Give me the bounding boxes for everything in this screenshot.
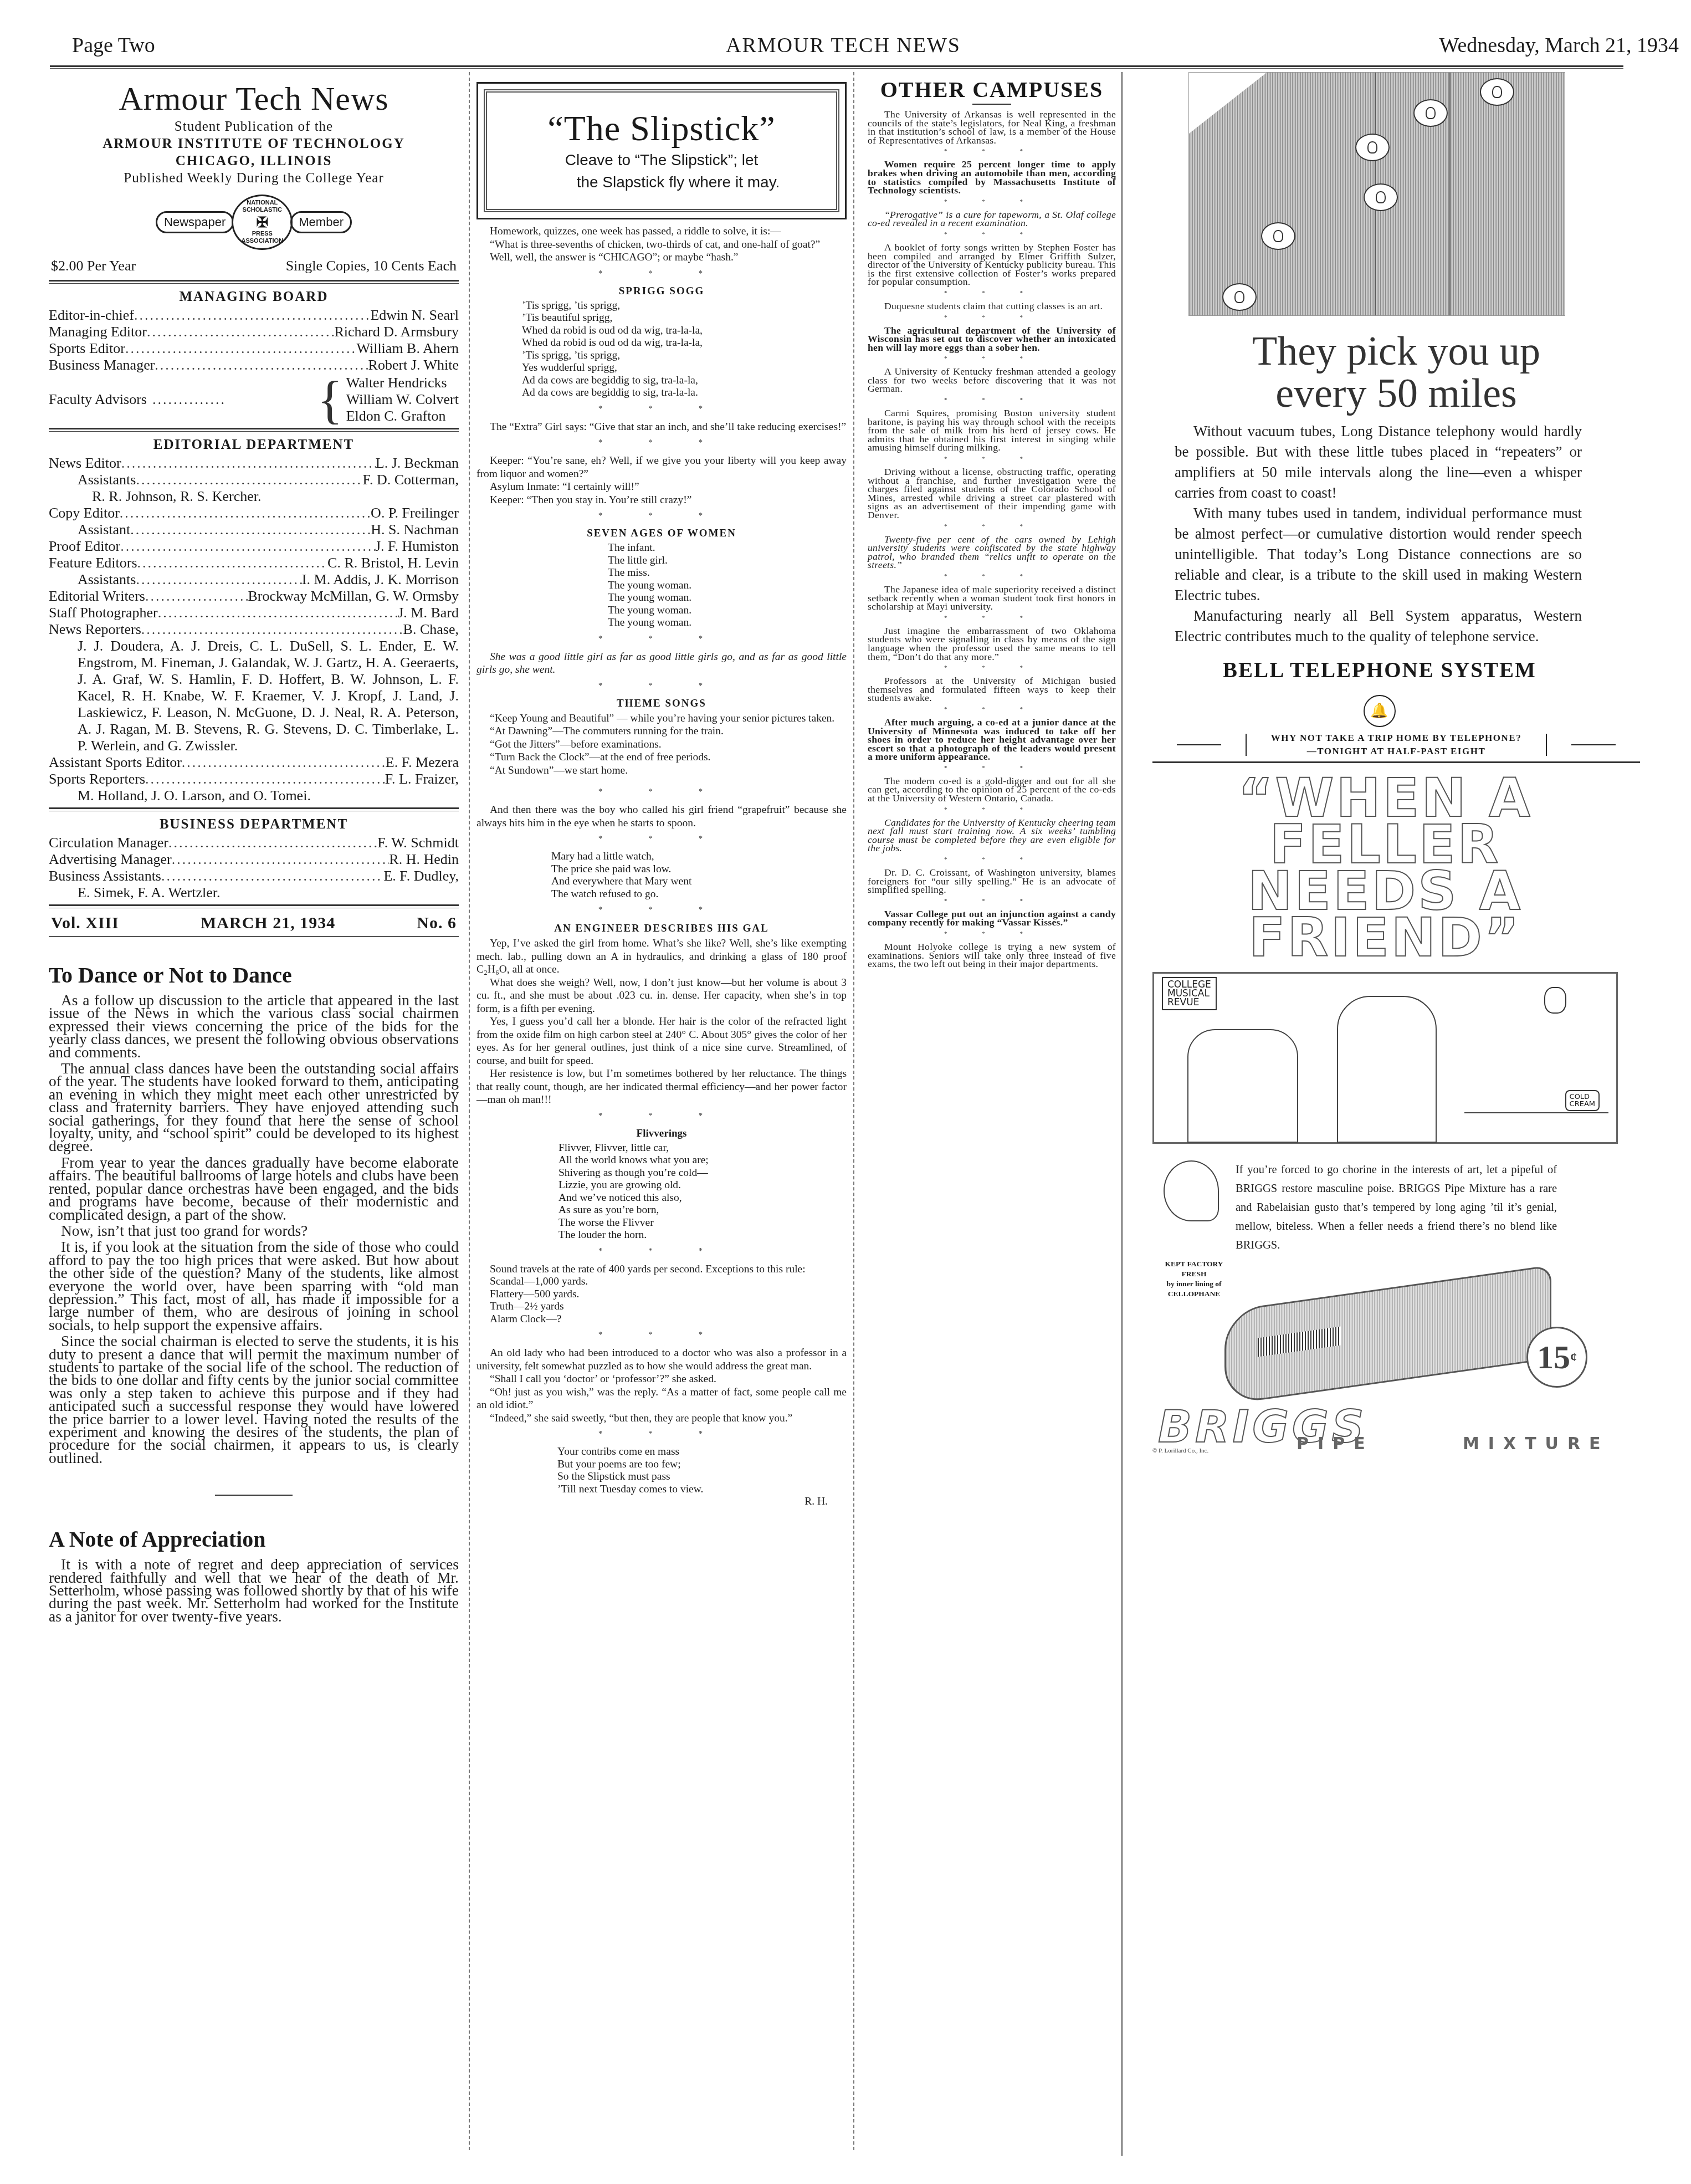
header-rule [50,65,1623,69]
bell-logo-icon: 🔔 [1364,695,1396,727]
slipstick-banner-inner: “The Slipstick” Cleave to “The Slipstick… [484,89,839,212]
slipstick-text: “Got the Jitters”—before examinations. [476,738,847,751]
verse-line: Mary had a little watch, [476,851,847,863]
separator-stars: * * * [868,573,1116,580]
name: O. P. Freilinger [371,505,459,521]
name: H. S. Nachman [371,521,459,538]
footer-bar [1246,734,1247,756]
cartoon-sign: COLLEGE MUSICAL REVUE [1162,977,1217,1010]
faculty-name: Walter Hendricks [346,375,459,391]
slipstick-text: Yes, I guess you’d call her a blonde. He… [476,1015,847,1067]
rule [49,807,459,811]
badge-right: Member [290,211,352,233]
briggs-ad-body: If you’re forced to go chorine in the in… [1236,1160,1557,1255]
separator-stars: * * * [476,906,847,915]
verse-line: Lizzie, you are growing old. [476,1179,847,1192]
verse-line: Whed da robid is oud od da wig, tra-la-l… [476,325,847,337]
masthead-line: Published Weekly During the College Year [49,170,459,187]
tin-body [1224,1265,1551,1405]
role: Assistants [78,472,136,488]
separator-stars: * * * [868,314,1116,321]
chorine-figure [1337,996,1437,1143]
verse-line: Alarm Clock—? [476,1313,847,1326]
issue-date: Wednesday, March 21, 1934 [1439,33,1679,58]
name: F. L. Fraizer, [385,771,459,787]
verse-line: The young woman. [476,617,847,630]
verse-line: The little girl. [476,555,847,567]
campus-item: “Prerogative” is a cure for tapeworm, a … [868,211,1116,228]
separator-stars: * * * [868,706,1116,713]
volume: Vol. XIII [51,914,119,933]
slipstick-motto: the Slapstick fly where it may. [544,171,780,193]
separator-stars: * * * [476,270,847,279]
slipstick-text: An old lady who had been introduced to a… [476,1347,847,1373]
staff-row: Editor-in-chiefEdwin N. Searl [49,307,459,324]
slipstick-text: Keeper: “You’re sane, eh? Well, if we gi… [476,454,847,480]
headline-line: every 50 miles [1152,372,1640,415]
separator-stars: * * * [868,765,1116,771]
verse-line: Yes wudderful sprigg, [476,362,847,375]
separator-stars: * * * [868,523,1116,530]
faculty-advisors: Faculty Advisors .............. { Walter… [49,375,459,424]
role: Proof Editor [49,538,120,555]
briggs-brand-logo: BRIGGS PIPE MIXTURE © P. Lorillard Co., … [1152,1401,1640,1462]
price-value: 15 [1537,1338,1570,1377]
telephone-caller-icon [1413,99,1448,127]
campus-item: Professors at the University of Michigan… [868,677,1116,703]
separator-stars: * * * [868,898,1116,904]
campus-item: A booklet of forty songs written by Step… [868,243,1116,287]
telephone-caller-icon [1355,134,1390,161]
poem-title: SPRIGG SOGG [476,285,847,298]
name: J. M. Bard [398,605,459,621]
role: Assistant Sports Editor [49,754,182,771]
verse-line: The young woman. [476,605,847,617]
issue-number: No. 6 [417,914,457,933]
editorial-paragraph: Since the social chairman is elected to … [49,1334,459,1464]
slipstick-text: “Indeed,” she said sweetly, “but then, t… [476,1412,847,1425]
verse-line: As sure as you’re born, [476,1204,847,1217]
staff-row: Editorial WritersBrockway McMillan, G. W… [49,588,459,605]
campus-item: A University of Kentucky freshman attend… [868,367,1116,393]
other-campuses-column: OTHER CAMPUSES The University of Arkansa… [862,72,1123,2156]
separator-stars: * * * [476,1112,847,1121]
slipstick-text: The “Extra” Girl says: “Give that star a… [476,421,847,434]
role: Sports Reporters [49,771,145,787]
staff-row: Advertising ManagerR. H. Hedin [49,851,459,868]
staff-row: Sports EditorWilliam B. Ahern [49,340,459,357]
poem-title: THEME SONGS [476,698,847,710]
campus-item: Driving without a license, obstructing t… [868,468,1116,520]
volume-line: Vol. XIII MARCH 21, 1934 No. 6 [49,914,459,933]
slipstick-text: What does she weigh? Well, now, I don’t … [476,976,847,1016]
seal-bottom-text: PRESS ASSOCIATION [233,231,291,245]
campus-item: Duquesne students claim that cutting cla… [868,302,1116,311]
campus-item: Mount Holyoke college is trying a new sy… [868,943,1116,969]
dressing-table [1464,1112,1608,1143]
rule [49,904,459,908]
telephone-caller-icon [1261,222,1295,250]
staff-row: Staff PhotographerJ. M. Bard [49,605,459,621]
seal-emblem-icon: ✠ [256,214,268,231]
name: F. W. Schmidt [377,835,459,851]
masthead-line: CHICAGO, ILLINOIS [49,152,459,170]
page-header: Page Two ARMOUR TECH NEWS Wednesday, Mar… [72,33,1679,61]
verse-line: The watch refused to go. [476,888,847,901]
verse-line: Scandal—1,000 yards. [476,1276,847,1288]
name: E. F. Mezera [386,754,459,771]
name: Richard D. Armsbury [334,324,459,340]
separator-stars: * * * [476,788,847,797]
slipstick-text: “What is three-sevenths of chicken, two-… [476,238,847,252]
other-campuses-title: OTHER CAMPUSES [868,76,1116,103]
bell-ad-footer: WHY NOT TAKE A TRIP HOME BY TELEPHONE? —… [1152,732,1640,758]
name: Brockway McMillan, G. W. Ormsby [248,588,459,605]
separator-stars: * * * [476,512,847,521]
nspa-badge: Newspaper NATIONAL SCHOLASTIC ✠ PRESS AS… [49,195,459,250]
verse-line: But your poems are too few; [476,1459,847,1471]
managing-board-heading: MANAGING BOARD [49,289,459,305]
name: I. M. Addis, J. K. Morrison [302,571,459,588]
bell-ad-body: Without vacuum tubes, Long Distance tele… [1152,421,1640,503]
brand-pipe: PIPE [1297,1434,1374,1454]
staff-continuation: M. Holland, J. O. Larson, and O. Tomei. [49,787,459,804]
footer-rule [1571,744,1616,745]
page-label: Page Two [72,33,155,58]
verse-line: And everywhere that Mary went [476,876,847,888]
bell-ad-illustration [1188,72,1565,316]
title-rule [972,104,1011,105]
staff-row: Managing EditorRichard D. Armsbury [49,324,459,340]
separator-stars: * * * [868,856,1116,863]
campus-item: The agricultural department of the Unive… [868,326,1116,352]
staff-row: Sports ReportersF. L. Fraizer, [49,771,459,787]
role: News Reporters [49,621,141,638]
separator-stars: * * * [476,1247,847,1256]
single-copy-price: Single Copies, 10 Cents Each [286,258,457,274]
verse-line: Truth—2½ yards [476,1301,847,1313]
price-row: $2.00 Per Year Single Copies, 10 Cents E… [49,255,459,277]
slipstick-text: Asylum Inmate: “I certainly will!” [476,480,847,494]
staff-continuation: E. Simek, F. A. Wertzler. [49,884,459,901]
role: Assistants [78,571,136,588]
campus-item: After much arguing, a co-ed at a junior … [868,718,1116,761]
editorial-paragraph: It is, if you look at the situation from… [49,1240,459,1331]
role: Sports Editor [49,340,125,357]
slipstick-text: Her resistence is low, but I’m sometimes… [476,1067,847,1107]
campus-item: Twenty-five per cent of the cars owned b… [868,535,1116,570]
seal-top-text: NATIONAL SCHOLASTIC [233,200,291,214]
name: C. R. Bristol, H. Levin [327,555,459,571]
footer-line: WHY NOT TAKE A TRIP HOME BY TELEPHONE? [1271,732,1521,745]
business-dept-heading: BUSINESS DEPARTMENT [49,817,459,832]
editorial-paragraph: As a follow up discussion to the article… [49,994,459,1058]
slipstick-text: Well, well, the answer is “CHICAGO”; or … [476,251,847,264]
masthead-line: ARMOUR INSTITUTE OF TECHNOLOGY [49,135,459,152]
campus-item: Carmi Squires, promising Boston universi… [868,409,1116,452]
masthead-line: Student Publication of the [49,118,459,135]
brace-icon: { [317,375,343,424]
name: Edwin N. Searl [370,307,459,324]
brand-mixture: MIXTURE [1463,1434,1610,1454]
verse-line: Ad da cows are begiddig to sig, tra-la-l… [476,387,847,400]
campus-item: Dr. D. C. Croissant, of Washington unive… [868,868,1116,894]
lamp-icon [1544,987,1566,1014]
separator-stars: * * * [476,439,847,448]
separator-stars: * * * [476,635,847,644]
briggs-copy-row: If you’re forced to go chorine in the in… [1152,1160,1640,1255]
editorial-column: Armour Tech News Student Publication of … [49,72,459,1626]
bell-ad-body: Manufacturing nearly all Bell System app… [1152,606,1640,647]
sign-line: REVUE [1167,998,1211,1007]
tobacco-tin-illustration: 15¢ [1152,1282,1640,1399]
telephone-caller-icon [1222,283,1257,311]
separator-stars: * * * [868,397,1116,403]
verse-line: Flattery—500 yards. [476,1288,847,1301]
staff-row: News EditorL. J. Beckman [49,455,459,472]
name: William B. Ahern [356,340,459,357]
ads-column: They pick you up every 50 miles Without … [1152,72,1640,1462]
verse-line: Your contribs come en mass [476,1446,847,1459]
briggs-headline: “WHEN A FELLER NEEDS A FRIEND” [1152,775,1640,961]
staff-continuation: J. J. Doudera, A. J. Dreis, C. L. DuSell… [49,638,459,754]
slipstick-text: “Turn Back the Clock”—at the end of free… [476,751,847,764]
separator-stars: * * * [868,290,1116,296]
verse-line: Flivver, Flivver, little car, [476,1142,847,1155]
role: Business Manager [49,357,155,374]
slipstick-text: “At Sundown”—we start home. [476,764,847,778]
verse-line: ’Tis beautiful sprigg, [476,312,847,325]
separator-stars: * * * [868,198,1116,205]
verse-line: So the Slipstick must pass [476,1471,847,1484]
staff-row: Circulation ManagerF. W. Schmidt [49,835,459,851]
slipstick-text: “At Dawning”—The commuters running for t… [476,725,847,738]
separator-stars: * * * [868,456,1116,462]
staff-row: Business AssistantsE. F. Dudley, [49,868,459,884]
masthead-title: Armour Tech News [49,80,459,118]
slipstick-text: Sound travels at the rate of 400 yards p… [476,1263,847,1276]
poem-title: AN ENGINEER DESCRIBES HIS GAL [476,923,847,935]
slipstick-text: She was a good little girl as far as goo… [476,651,847,677]
press-association-seal-icon: NATIONAL SCHOLASTIC ✠ PRESS ASSOCIATION [232,195,293,250]
separator-stars: * * * [868,231,1116,238]
role: Circulation Manager [49,835,168,851]
role: Faculty Advisors [49,391,147,408]
separator-stars: * * * [868,148,1116,155]
slipstick-motto: Cleave to “The Slipstick”; let [565,149,759,171]
verse-line: ’Tis sprigg, ’tis sprigg, [476,350,847,362]
role: Editorial Writers [49,588,145,605]
fresh-line: KEPT FACTORY FRESH [1152,1259,1236,1279]
editorial-dept-heading: EDITORIAL DEPARTMENT [49,437,459,453]
verse-line: The young woman. [476,592,847,605]
campus-item: The University of Arkansas is well repre… [868,110,1116,145]
role: Managing Editor [49,324,147,340]
jar-label: CREAM [1570,1101,1595,1108]
faculty-name: William W. Colvert [346,391,459,408]
illustration-corner [1189,73,1267,134]
briggs-cartoon: COLLEGE MUSICAL REVUE COLD CREAM [1152,972,1618,1144]
separator-stars: * * * [476,405,847,414]
name: R. H. Hedin [389,851,459,868]
man-in-tuxedo-figure [1187,1029,1298,1143]
slipstick-text: “Oh! just as you wish,” was the reply. “… [476,1386,847,1412]
cold-cream-jar: COLD CREAM [1565,1090,1600,1111]
telephone-wire [1449,73,1451,315]
rule [49,428,459,432]
poem-title: SEVEN AGES OF WOMEN [476,528,847,540]
slipstick-column: “The Slipstick” Cleave to “The Slipstick… [469,72,854,2150]
separator-stars: * * * [476,1331,847,1340]
verse-line: The young woman. [476,580,847,592]
telephone-caller-icon [1364,183,1398,211]
staff-row: Copy EditorO. P. Freilinger [49,505,459,521]
campus-item: Vassar College put out an injunction aga… [868,910,1116,927]
headline-line: NEEDS A FRIEND” [1152,868,1618,961]
badge-left: Newspaper [156,211,234,233]
footer-line: —TONIGHT AT HALF-PAST EIGHT [1271,745,1521,758]
editorial-paragraph: It is with a note of regret and deep app… [49,1558,459,1623]
campus-item: Women require 25 percent longer time to … [868,160,1116,195]
separator-stars: * * * [868,806,1116,813]
staff-row: AssistantsI. M. Addis, J. K. Morrison [49,571,459,588]
editorial-title: A Note of Appreciation [49,1526,459,1552]
staff-row: Feature EditorsC. R. Bristol, H. Levin [49,555,459,571]
verse-line: Ad da cows are begiddig to sig, tra-la-l… [476,375,847,387]
separator-stars: * * * [868,930,1116,937]
poem-title: Flivverings [476,1128,847,1140]
name: L. J. Beckman [376,455,459,472]
separator-stars: * * * [868,615,1116,621]
rule [49,936,459,938]
telephone-caller-icon [1480,78,1514,106]
headline-line: “WHEN A FELLER [1152,775,1618,868]
slipstick-text: Yep, I’ve asked the girl from home. What… [476,937,847,976]
verse-line: The miss. [476,567,847,580]
verse-line: All the world knows what you are; [476,1154,847,1167]
role: Feature Editors [49,555,137,571]
editorial-title: To Dance or Not to Dance [49,962,459,988]
role: Business Assistants [49,868,161,884]
verse-line: Shivering as though you’re cold— [476,1167,847,1180]
separator-stars: * * * [476,682,847,691]
staff-continuation: R. R. Johnson, R. S. Kercher. [49,488,459,505]
bell-ad-body: With many tubes used in tandem, individu… [1152,503,1640,606]
role: Assistant [78,521,130,538]
bell-company-name: BELL TELEPHONE SYSTEM [1152,658,1640,683]
rule [49,280,459,284]
role: News Editor [49,455,121,472]
name: B. Chase, [403,621,459,638]
staff-row: Business ManagerRobert J. White [49,357,459,374]
editorial-paragraph: From year to year the dances gradually h… [49,1156,459,1221]
verse-line: The louder the horn. [476,1229,847,1242]
verse-line: The price she paid was low. [476,863,847,876]
price-unit: ¢ [1570,1350,1577,1365]
bell-ad-headline: They pick you up every 50 miles [1152,330,1640,415]
role: Editor-in-chief [49,307,134,324]
separator-stars: * * * [476,1430,847,1439]
subscription-price: $2.00 Per Year [51,258,136,274]
footer-rule [1177,744,1221,745]
faculty-name: Eldon C. Grafton [346,408,459,424]
separator-stars: * * * [476,835,847,844]
slipstick-text: Homework, quizzes, one week has passed, … [476,225,847,238]
editorial-paragraph: The annual class dances have been the ou… [49,1062,459,1153]
paper-name: ARMOUR TECH NEWS [726,33,961,58]
pipe-smoker-illustration [1152,1160,1219,1221]
price-badge: 15¢ [1526,1327,1587,1388]
name: F. D. Cotterman, [363,472,459,488]
verse-line: ’Tis sprigg, ’tis sprigg, [476,300,847,313]
staff-row: News ReportersB. Chase, [49,621,459,638]
copyright: © P. Lorillard Co., Inc. [1152,1448,1208,1454]
staff-row: Proof EditorJ. F. Humiston [49,538,459,555]
slipstick-text: “Shall I call you ‘doctor’ or ‘professor… [476,1373,847,1386]
separator-stars: * * * [868,355,1116,362]
name: E. F. Dudley, [383,868,459,884]
slipstick-text: Keeper: “Then you stay in. You’re still … [476,494,847,507]
volume-date: MARCH 21, 1934 [201,914,335,933]
verse-line: Whed da robid is oud od da wig, tra-la-l… [476,337,847,350]
verse-line: And we’ve noticed this also, [476,1192,847,1205]
verse-line: ’Till next Tuesday comes to view. [476,1484,847,1496]
staff-row: AssistantH. S. Nachman [49,521,459,538]
separator-stars: * * * [868,664,1116,671]
editorial-paragraph: Now, isn’t that just too grand for words… [49,1224,459,1237]
staff-row: AssistantsF. D. Cotterman, [49,472,459,488]
verse-line: The infant. [476,542,847,555]
footer-bar [1546,734,1547,756]
name: J. F. Humiston [375,538,459,555]
signature: R. H. [476,1496,847,1508]
slipstick-text: “Keep Young and Beautiful” — while you’r… [476,712,847,725]
slipstick-text: And then there was the boy who called hi… [476,804,847,830]
role: Copy Editor [49,505,120,521]
verse-line: The worse the Flivver [476,1217,847,1230]
rule [1152,761,1640,764]
slipstick-title: “The Slipstick” [547,108,775,149]
campus-item: The Japanese idea of male superiority re… [868,585,1116,611]
name: Robert J. White [368,357,459,374]
role: Advertising Manager [49,851,172,868]
staff-row: Assistant Sports EditorE. F. Mezera [49,754,459,771]
campus-item: Just imagine the embarrassment of two Ok… [868,627,1116,661]
headline-line: They pick you up [1152,330,1640,372]
slipstick-banner: “The Slipstick” Cleave to “The Slipstick… [476,82,847,219]
campus-item: The modern co-ed is a gold-digger and ou… [868,777,1116,803]
role: Staff Photographer [49,605,158,621]
campus-item: Candidates for the University of Kentuck… [868,819,1116,853]
section-divider [215,1495,293,1496]
